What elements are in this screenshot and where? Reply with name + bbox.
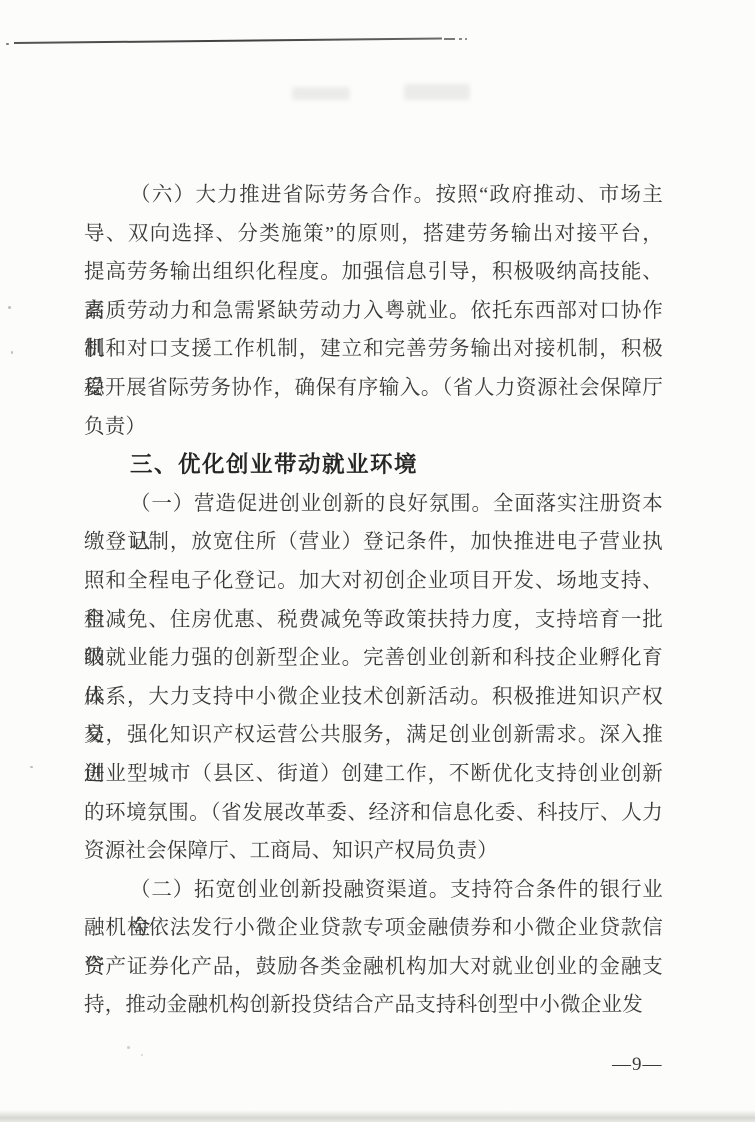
scan-artifact-dot — [6, 43, 9, 45]
text-line: 导、双向选择、分类施策”的原则，搭建劳务输出对接平台， — [84, 215, 663, 254]
text-line: 制和对口支援工作机制，建立和完善劳务输出对接机制，积极稳 — [84, 330, 663, 369]
text-line: 缴登记制，放宽住所（营业）登记条件，加快推进电子营业执 — [84, 523, 663, 562]
document-page: （六）大力推进省际劳务合作。按照“政府推动、市场主导、双向选择、分类施策”的原则… — [0, 0, 755, 1122]
scan-artifact-top-dash — [444, 38, 455, 40]
scan-speck — [30, 766, 33, 768]
text-line: 妥开展省际劳务协作，确保有序输入。（省人力资源社会保障厅 — [84, 369, 663, 408]
document-body: （六）大力推进省际劳务合作。按照“政府推动、市场主导、双向选择、分类施策”的原则… — [84, 176, 663, 1025]
text-line: （一）营造促进创业创新的良好氛围。全面落实注册资本认 — [84, 485, 663, 524]
scan-artifact-top-dash — [465, 38, 467, 40]
text-line: （二）拓宽创业创新投融资渠道。支持符合条件的银行业金 — [84, 871, 663, 910]
text-line: 体系，大力支持中小微企业技术创新活动。积极推进知识产权交 — [84, 678, 663, 717]
text-line: 提高劳务输出组织化程度。加强信息引导，积极吸纳高技能、高 — [84, 253, 663, 292]
text-line: 金减免、住房优惠、税费减免等政策扶持力度，支持培育一批吸 — [84, 601, 663, 640]
page-number: —9— — [612, 1053, 672, 1077]
text-line: 负责） — [84, 408, 663, 447]
text-line: 的环境氛围。（省发展改革委、经济和信息化委、科技厅、人力 — [84, 794, 663, 833]
text-line: 持，推动金融机构创新投贷结合产品支持科创型中小微企业发 — [84, 986, 663, 1025]
scan-artifact-top-line — [14, 38, 442, 44]
scan-speck — [11, 351, 13, 354]
scan-speck — [141, 1054, 143, 1056]
scan-speck — [127, 1046, 130, 1049]
ghost-text-smudge — [292, 87, 350, 100]
text-line: 纳就业能力强的创新型企业。完善创业创新和科技企业孵化育成 — [84, 639, 663, 678]
ghost-text-smudge — [404, 84, 470, 100]
text-line: 资产证券化产品，鼓励各类金融机构加大对就业创业的金融支 — [84, 948, 663, 987]
text-line: 融机构依法发行小微企业贷款专项金融债券和小微企业贷款信贷 — [84, 909, 663, 948]
scan-speck — [8, 306, 11, 309]
text-line: 资源社会保障厅、工商局、知识产权局负责） — [84, 832, 663, 871]
text-line: 照和全程电子化登记。加大对初创企业项目开发、场地支持、租 — [84, 562, 663, 601]
text-line: 易，强化知识产权运营公共服务，满足创业创新需求。深入推进 — [84, 716, 663, 755]
text-line: 素质劳动力和急需紧缺劳动力入粤就业。依托东西部对口协作机 — [84, 292, 663, 331]
scan-artifact-bottom-edge — [0, 1110, 755, 1122]
scan-artifact-top-dash — [459, 38, 462, 40]
text-line: 创业型城市（县区、街道）创建工作，不断优化支持创业创新 — [84, 755, 663, 794]
text-line: （六）大力推进省际劳务合作。按照“政府推动、市场主 — [84, 176, 663, 215]
section-3-heading: 三、优化创业带动就业环境 — [84, 446, 663, 485]
